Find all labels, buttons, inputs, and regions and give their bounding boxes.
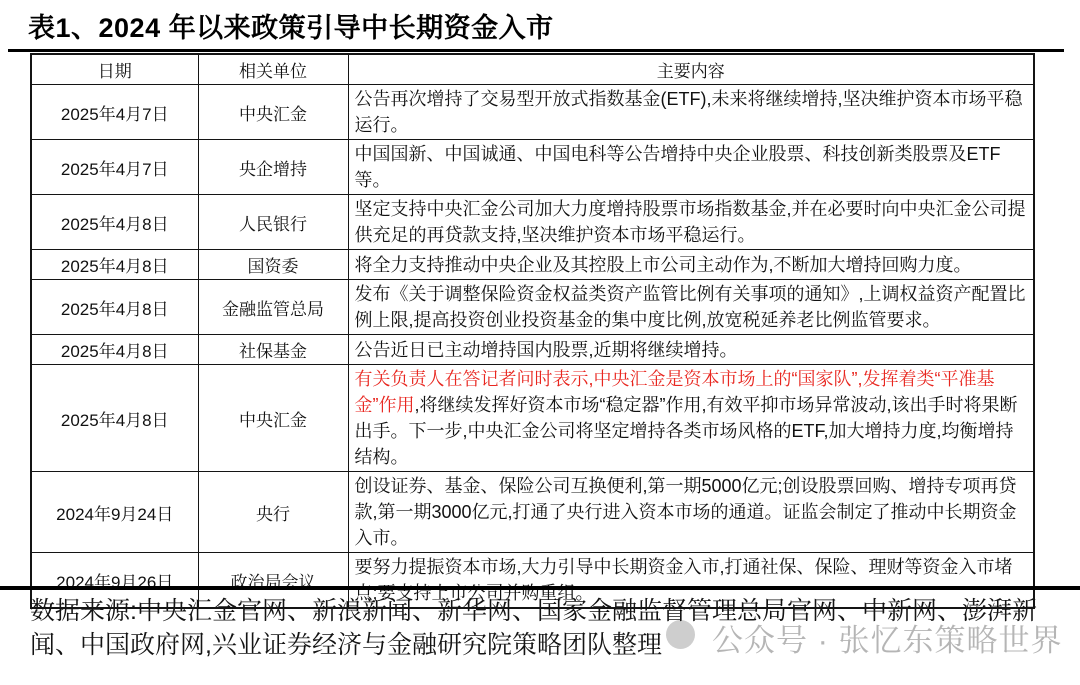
unit-cell: 中央汇金 <box>198 365 348 472</box>
column-header-date: 日期 <box>31 54 198 85</box>
table-body: 2025年4月7日中央汇金公告再次增持了交易型开放式指数基金(ETF),未来将继… <box>31 85 1034 609</box>
table-header-row: 日期 相关单位 主要内容 <box>31 54 1034 85</box>
unit-cell: 人民银行 <box>198 195 348 250</box>
date-cell: 2025年4月8日 <box>31 195 198 250</box>
content-text: ,将继续发挥好资本市场“稳定器”作用,有效平抑市场异常波动,该出手时将果断出手。… <box>355 395 1018 467</box>
content-text: 中国国新、中国诚通、中国电科等公告增持中央企业股票、科技创新类股票及ETF等。 <box>355 144 1001 190</box>
table-row: 2024年9月24日央行创设证券、基金、保险公司互换便利,第一期5000亿元;创… <box>31 472 1034 553</box>
title-divider-rule <box>8 49 1064 52</box>
data-source-note: 数据来源:中央汇金官网、新浪新闻、新华网、国家金融监督管理总局官网、中新网、澎湃… <box>30 594 1058 662</box>
content-cell: 将全力支持推动中央企业及其控股上市公司主动作为,不断加大增持回购力度。 <box>348 250 1034 280</box>
table-row: 2025年4月7日中央汇金公告再次增持了交易型开放式指数基金(ETF),未来将继… <box>31 85 1034 140</box>
date-cell: 2025年4月8日 <box>31 335 198 365</box>
content-text: 发布《关于调整保险资金权益类资产监管比例有关事项的通知》,上调权益资产配置比例上… <box>355 284 1026 330</box>
content-cell: 中国国新、中国诚通、中国电科等公告增持中央企业股票、科技创新类股票及ETF等。 <box>348 140 1034 195</box>
content-text: 坚定支持中央汇金公司加大力度增持股票市场指数基金,并在必要时向中央汇金公司提供充… <box>355 199 1026 245</box>
unit-cell: 央行 <box>198 472 348 553</box>
date-cell: 2025年4月7日 <box>31 140 198 195</box>
content-text: 将全力支持推动中央企业及其控股上市公司主动作为,不断加大增持回购力度。 <box>355 255 972 275</box>
policy-table: 日期 相关单位 主要内容 2025年4月7日中央汇金公告再次增持了交易型开放式指… <box>30 53 1035 609</box>
content-cell: 有关负责人在答记者问时表示,中央汇金是资本市场上的“国家队”,发挥着类“平准基金… <box>348 365 1034 472</box>
table-row: 2025年4月7日央企增持中国国新、中国诚通、中国电科等公告增持中央企业股票、科… <box>31 140 1034 195</box>
table-row: 2025年4月8日国资委将全力支持推动中央企业及其控股上市公司主动作为,不断加大… <box>31 250 1034 280</box>
content-cell: 坚定支持中央汇金公司加大力度增持股票市场指数基金,并在必要时向中央汇金公司提供充… <box>348 195 1034 250</box>
content-text: 公告再次增持了交易型开放式指数基金(ETF),未来将继续增持,坚决维护资本市场平… <box>355 89 1023 135</box>
unit-cell: 金融监管总局 <box>198 280 348 335</box>
date-cell: 2025年4月8日 <box>31 250 198 280</box>
unit-cell: 中央汇金 <box>198 85 348 140</box>
date-cell: 2024年9月24日 <box>31 472 198 553</box>
unit-cell: 国资委 <box>198 250 348 280</box>
content-text: 公告近日已主动增持国内股票,近期将继续增持。 <box>355 340 738 360</box>
table-bottom-rule <box>0 586 1080 590</box>
content-cell: 创设证券、基金、保险公司互换便利,第一期5000亿元;创设股票回购、增持专项再贷… <box>348 472 1034 553</box>
unit-cell: 社保基金 <box>198 335 348 365</box>
table-row: 2025年4月8日中央汇金有关负责人在答记者问时表示,中央汇金是资本市场上的“国… <box>31 365 1034 472</box>
column-header-content: 主要内容 <box>348 54 1034 85</box>
page-title: 表1、2024 年以来政策引导中长期资金入市 <box>28 6 554 45</box>
content-cell: 公告近日已主动增持国内股票,近期将继续增持。 <box>348 335 1034 365</box>
column-header-unit: 相关单位 <box>198 54 348 85</box>
table-row: 2025年4月8日金融监管总局发布《关于调整保险资金权益类资产监管比例有关事项的… <box>31 280 1034 335</box>
date-cell: 2025年4月8日 <box>31 365 198 472</box>
report-table-page: 表1、2024 年以来政策引导中长期资金入市 日期 相关单位 主要内容 2025… <box>0 0 1080 685</box>
date-cell: 2025年4月8日 <box>31 280 198 335</box>
date-cell: 2025年4月7日 <box>31 85 198 140</box>
content-cell: 公告再次增持了交易型开放式指数基金(ETF),未来将继续增持,坚决维护资本市场平… <box>348 85 1034 140</box>
content-cell: 发布《关于调整保险资金权益类资产监管比例有关事项的通知》,上调权益资产配置比例上… <box>348 280 1034 335</box>
unit-cell: 央企增持 <box>198 140 348 195</box>
content-text: 创设证券、基金、保险公司互换便利,第一期5000亿元;创设股票回购、增持专项再贷… <box>355 476 1017 548</box>
table-row: 2025年4月8日人民银行坚定支持中央汇金公司加大力度增持股票市场指数基金,并在… <box>31 195 1034 250</box>
table-row: 2025年4月8日社保基金公告近日已主动增持国内股票,近期将继续增持。 <box>31 335 1034 365</box>
